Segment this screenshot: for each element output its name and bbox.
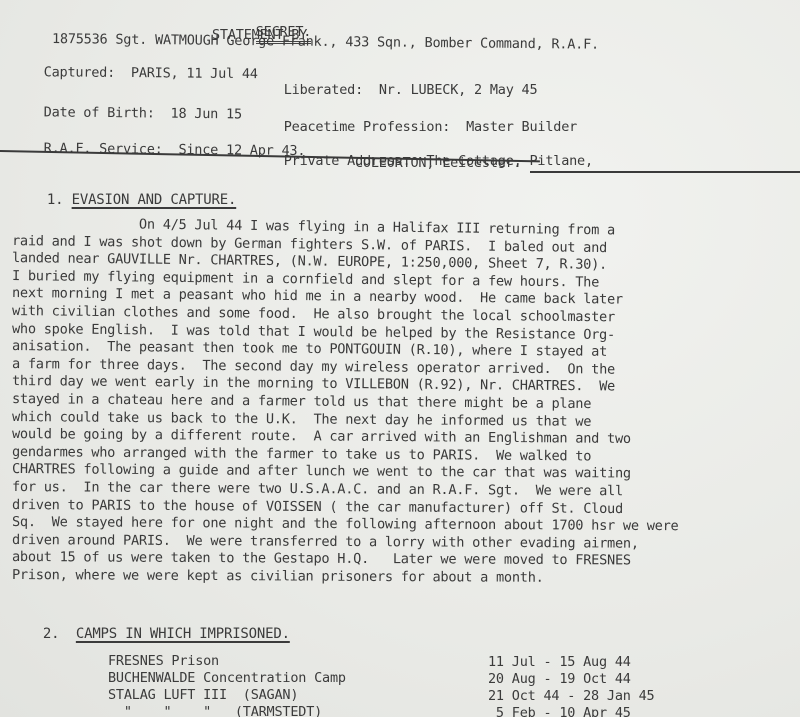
liberated-label: Liberated: bbox=[284, 82, 363, 98]
camp-dates: 11 Jul - 15 Aug 44 bbox=[488, 654, 631, 670]
document-page: SECRET. STATEMENT BY 1875536 Sgt. WATMOU… bbox=[0, 0, 800, 717]
section2-heading: 2. CAMPS IN WHICH IMPRISONED. bbox=[10, 610, 290, 658]
camp-dates: 21 Oct 44 - 28 Jan 45 bbox=[488, 688, 654, 704]
service-label: R.A.F. Service: bbox=[44, 140, 163, 157]
camp-name: BUCHENWALDE Concentration Camp bbox=[108, 670, 346, 686]
body-line: Prison, where we were kept as civilian p… bbox=[12, 567, 544, 587]
camp-dates: 5 Feb - 10 Apr 45 bbox=[488, 705, 631, 717]
section2-number: 2. bbox=[43, 626, 59, 642]
liberated-value: Nr. LUBECK, 2 May 45 bbox=[379, 82, 538, 98]
dob-value: 18 Jun 15 bbox=[170, 106, 242, 123]
captured-value: PARIS, 11 Jul 44 bbox=[131, 65, 258, 82]
profession-label: Peacetime Profession: bbox=[284, 119, 450, 135]
header-divider-right bbox=[530, 171, 800, 173]
camp-name: " " " (TARMSTEDT) bbox=[108, 704, 322, 717]
dob-label: Date of Birth: bbox=[44, 104, 155, 121]
camp-name: STALAG LUFT III (SAGAN) bbox=[108, 687, 298, 703]
section1-title: EVASION AND CAPTURE. bbox=[72, 192, 237, 208]
profession-value: Master Builder bbox=[466, 119, 577, 135]
captured-label: Captured: bbox=[44, 64, 115, 81]
section1-number: 1. bbox=[47, 192, 63, 208]
section2-title: CAMPS IN WHICH IMPRISONED. bbox=[76, 626, 290, 642]
camp-name: FRESNES Prison bbox=[108, 653, 219, 669]
camp-dates: 20 Aug - 19 Oct 44 bbox=[488, 671, 631, 687]
